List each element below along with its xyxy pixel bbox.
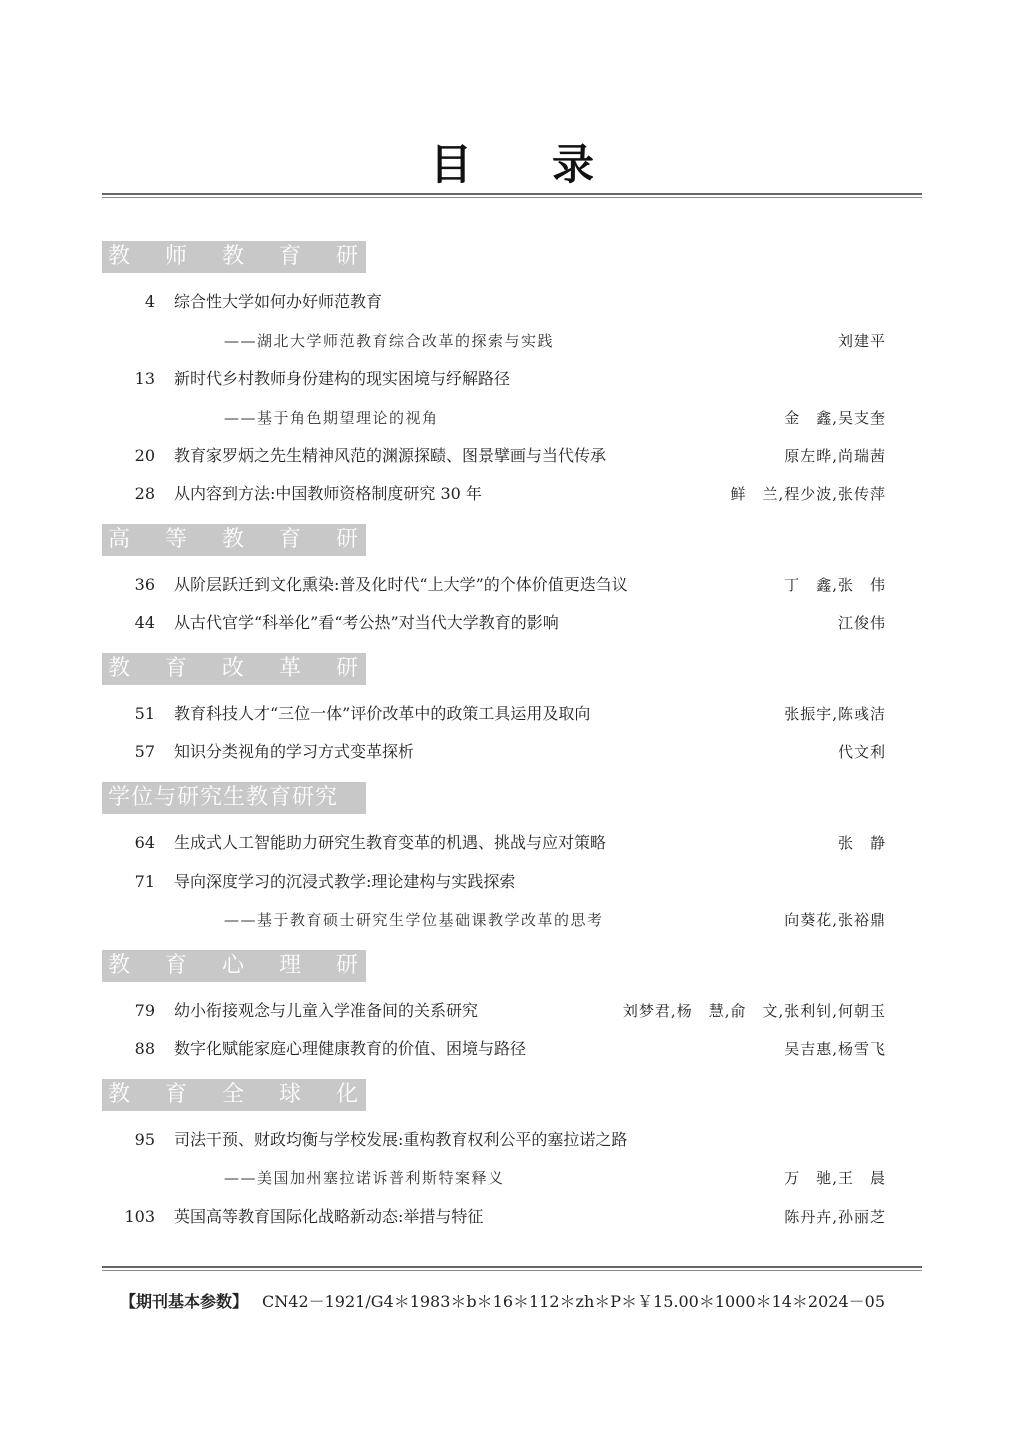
page-title-char-2: 录: [552, 132, 594, 192]
page-number: 4: [102, 290, 155, 314]
page-title-char-1: 目: [430, 132, 472, 192]
entry-author: 金 鑫,吴支奎: [784, 406, 886, 430]
toc-entry[interactable]: 13 新时代乡村教师身份建构的现实困境与纾解路径: [102, 367, 886, 391]
section-heading-education-reform: 教 育 改 革 研 究: [102, 653, 366, 685]
toc-entry-subtitle: ——基于角色期望理论的视角 金 鑫,吴支奎: [102, 406, 886, 430]
page-number: 36: [102, 573, 155, 597]
section-heading-graduate-education: 学位与研究生教育研究: [102, 782, 366, 814]
entry-title[interactable]: 知识分类视角的学习方式变革探析: [174, 740, 414, 764]
entry-title[interactable]: 新时代乡村教师身份建构的现实困境与纾解路径: [174, 367, 510, 391]
page-number: 28: [102, 482, 155, 506]
entry-subtitle: ——基于教育硕士研究生学位基础课教学改革的思考: [224, 908, 604, 932]
entry-author: 张 静: [838, 831, 886, 855]
toc-entry[interactable]: 57 知识分类视角的学习方式变革探析 代文利: [102, 740, 886, 764]
journal-parameters-label: 【期刊基本参数】: [120, 1292, 248, 1311]
page-number: 79: [102, 999, 155, 1023]
toc-entry[interactable]: 95 司法干预、财政均衡与学校发展:重构教育权利公平的塞拉诺之路: [102, 1128, 886, 1152]
entry-author: 江俊伟: [838, 611, 886, 635]
title-double-rule: [102, 193, 922, 198]
toc-entry[interactable]: 51 教育科技人才“三位一体”评价改革中的政策工具运用及取向 张振宇,陈彧洁: [102, 702, 886, 726]
page-number: 57: [102, 740, 155, 764]
journal-parameters-value: CN42－1921/G4＊1983＊b＊16＊112＊zh＊P＊￥15.00＊1…: [262, 1292, 885, 1311]
toc-entry[interactable]: 103 英国高等教育国际化战略新动态:举措与特征 陈丹卉,孙丽芝: [102, 1205, 886, 1229]
entry-author: 陈丹卉,孙丽芝: [784, 1205, 886, 1229]
section-heading-global-perspective: 教 育 全 球 化 视 野: [102, 1079, 366, 1111]
entry-author: 代文利: [838, 740, 886, 764]
page-title: 目录: [0, 132, 1024, 192]
toc-entry-subtitle: ——美国加州塞拉诺诉普利斯特案释义 万 驰,王 晨: [102, 1166, 886, 1190]
entry-subtitle: ——湖北大学师范教育综合改革的探索与实践: [224, 329, 554, 353]
entry-author: 吴吉惠,杨雪飞: [784, 1037, 886, 1061]
entry-author: 鲜 兰,程少波,张传萍: [730, 482, 886, 506]
toc-entry[interactable]: 79 幼小衔接观念与儿童入学准备间的关系研究 刘梦君,杨 慧,俞 文,张利钊,何…: [102, 999, 886, 1023]
entry-author: 向葵花,张裕鼎: [784, 908, 886, 932]
footer-double-rule: [102, 1266, 922, 1271]
toc-entry[interactable]: 36 从阶层跃迁到文化熏染:普及化时代“上大学”的个体价值更迭刍议 丁 鑫,张 …: [102, 573, 886, 597]
page-number: 103: [102, 1205, 155, 1229]
toc-entry[interactable]: 88 数字化赋能家庭心理健康教育的价值、困境与路径 吴吉惠,杨雪飞: [102, 1037, 886, 1061]
entry-title[interactable]: 司法干预、财政均衡与学校发展:重构教育权利公平的塞拉诺之路: [174, 1128, 627, 1152]
page-number: 95: [102, 1128, 155, 1152]
page-number: 51: [102, 702, 155, 726]
entry-author: 刘梦君,杨 慧,俞 文,张利钊,何朝玉: [623, 999, 886, 1023]
section-heading-higher-education: 高 等 教 育 研 究: [102, 524, 366, 556]
entry-title[interactable]: 综合性大学如何办好师范教育: [174, 290, 382, 314]
entry-title[interactable]: 从内容到方法:中国教师资格制度研究 30 年: [174, 482, 482, 506]
entry-title[interactable]: 数字化赋能家庭心理健康教育的价值、困境与路径: [174, 1037, 526, 1061]
toc-entry[interactable]: 64 生成式人工智能助力研究生教育变革的机遇、挑战与应对策略 张 静: [102, 831, 886, 855]
toc-entry[interactable]: 71 导向深度学习的沉浸式教学:理论建构与实践探索: [102, 870, 886, 894]
toc-entry[interactable]: 4 综合性大学如何办好师范教育: [102, 290, 886, 314]
entry-title[interactable]: 教育家罗炳之先生精神风范的渊源探赜、图景擘画与当代传承: [174, 444, 606, 468]
entry-title[interactable]: 幼小衔接观念与儿童入学准备间的关系研究: [174, 999, 478, 1023]
page-number: 13: [102, 367, 155, 391]
toc-entry[interactable]: 28 从内容到方法:中国教师资格制度研究 30 年 鲜 兰,程少波,张传萍: [102, 482, 886, 506]
entry-author: 万 驰,王 晨: [784, 1166, 886, 1190]
entry-title[interactable]: 教育科技人才“三位一体”评价改革中的政策工具运用及取向: [174, 702, 590, 726]
entry-author: 丁 鑫,张 伟: [784, 573, 886, 597]
toc-entry-subtitle: ——湖北大学师范教育综合改革的探索与实践 刘建平: [102, 329, 886, 353]
entry-title[interactable]: 从阶层跃迁到文化熏染:普及化时代“上大学”的个体价值更迭刍议: [174, 573, 628, 597]
page-number: 88: [102, 1037, 155, 1061]
toc-entry[interactable]: 20 教育家罗炳之先生精神风范的渊源探赜、图景擘画与当代传承 原左晔,尚瑞茜: [102, 444, 886, 468]
entry-subtitle: ——基于角色期望理论的视角: [224, 406, 439, 430]
page-number: 44: [102, 611, 155, 635]
entry-author: 张振宇,陈彧洁: [784, 702, 886, 726]
entry-title[interactable]: 生成式人工智能助力研究生教育变革的机遇、挑战与应对策略: [174, 831, 606, 855]
entry-author: 刘建平: [838, 329, 886, 353]
page-number: 20: [102, 444, 155, 468]
entry-title[interactable]: 导向深度学习的沉浸式教学:理论建构与实践探索: [174, 870, 515, 894]
entry-title[interactable]: 英国高等教育国际化战略新动态:举措与特征: [174, 1205, 483, 1229]
entry-subtitle: ——美国加州塞拉诺诉普利斯特案释义: [224, 1166, 505, 1190]
entry-title[interactable]: 从古代官学“科举化”看“考公热”对当代大学教育的影响: [174, 611, 559, 635]
journal-parameters: 【期刊基本参数】CN42－1921/G4＊1983＊b＊16＊112＊zh＊P＊…: [120, 1290, 885, 1314]
toc-entry[interactable]: 44 从古代官学“科举化”看“考公热”对当代大学教育的影响 江俊伟: [102, 611, 886, 635]
page-number: 71: [102, 870, 155, 894]
toc-entry-subtitle: ——基于教育硕士研究生学位基础课教学改革的思考 向葵花,张裕鼎: [102, 908, 886, 932]
section-heading-teacher-education: 教 师 教 育 研 究: [102, 241, 366, 273]
entry-author: 原左晔,尚瑞茜: [784, 444, 886, 468]
page-number: 64: [102, 831, 155, 855]
section-heading-educational-psychology: 教 育 心 理 研 究: [102, 950, 366, 982]
